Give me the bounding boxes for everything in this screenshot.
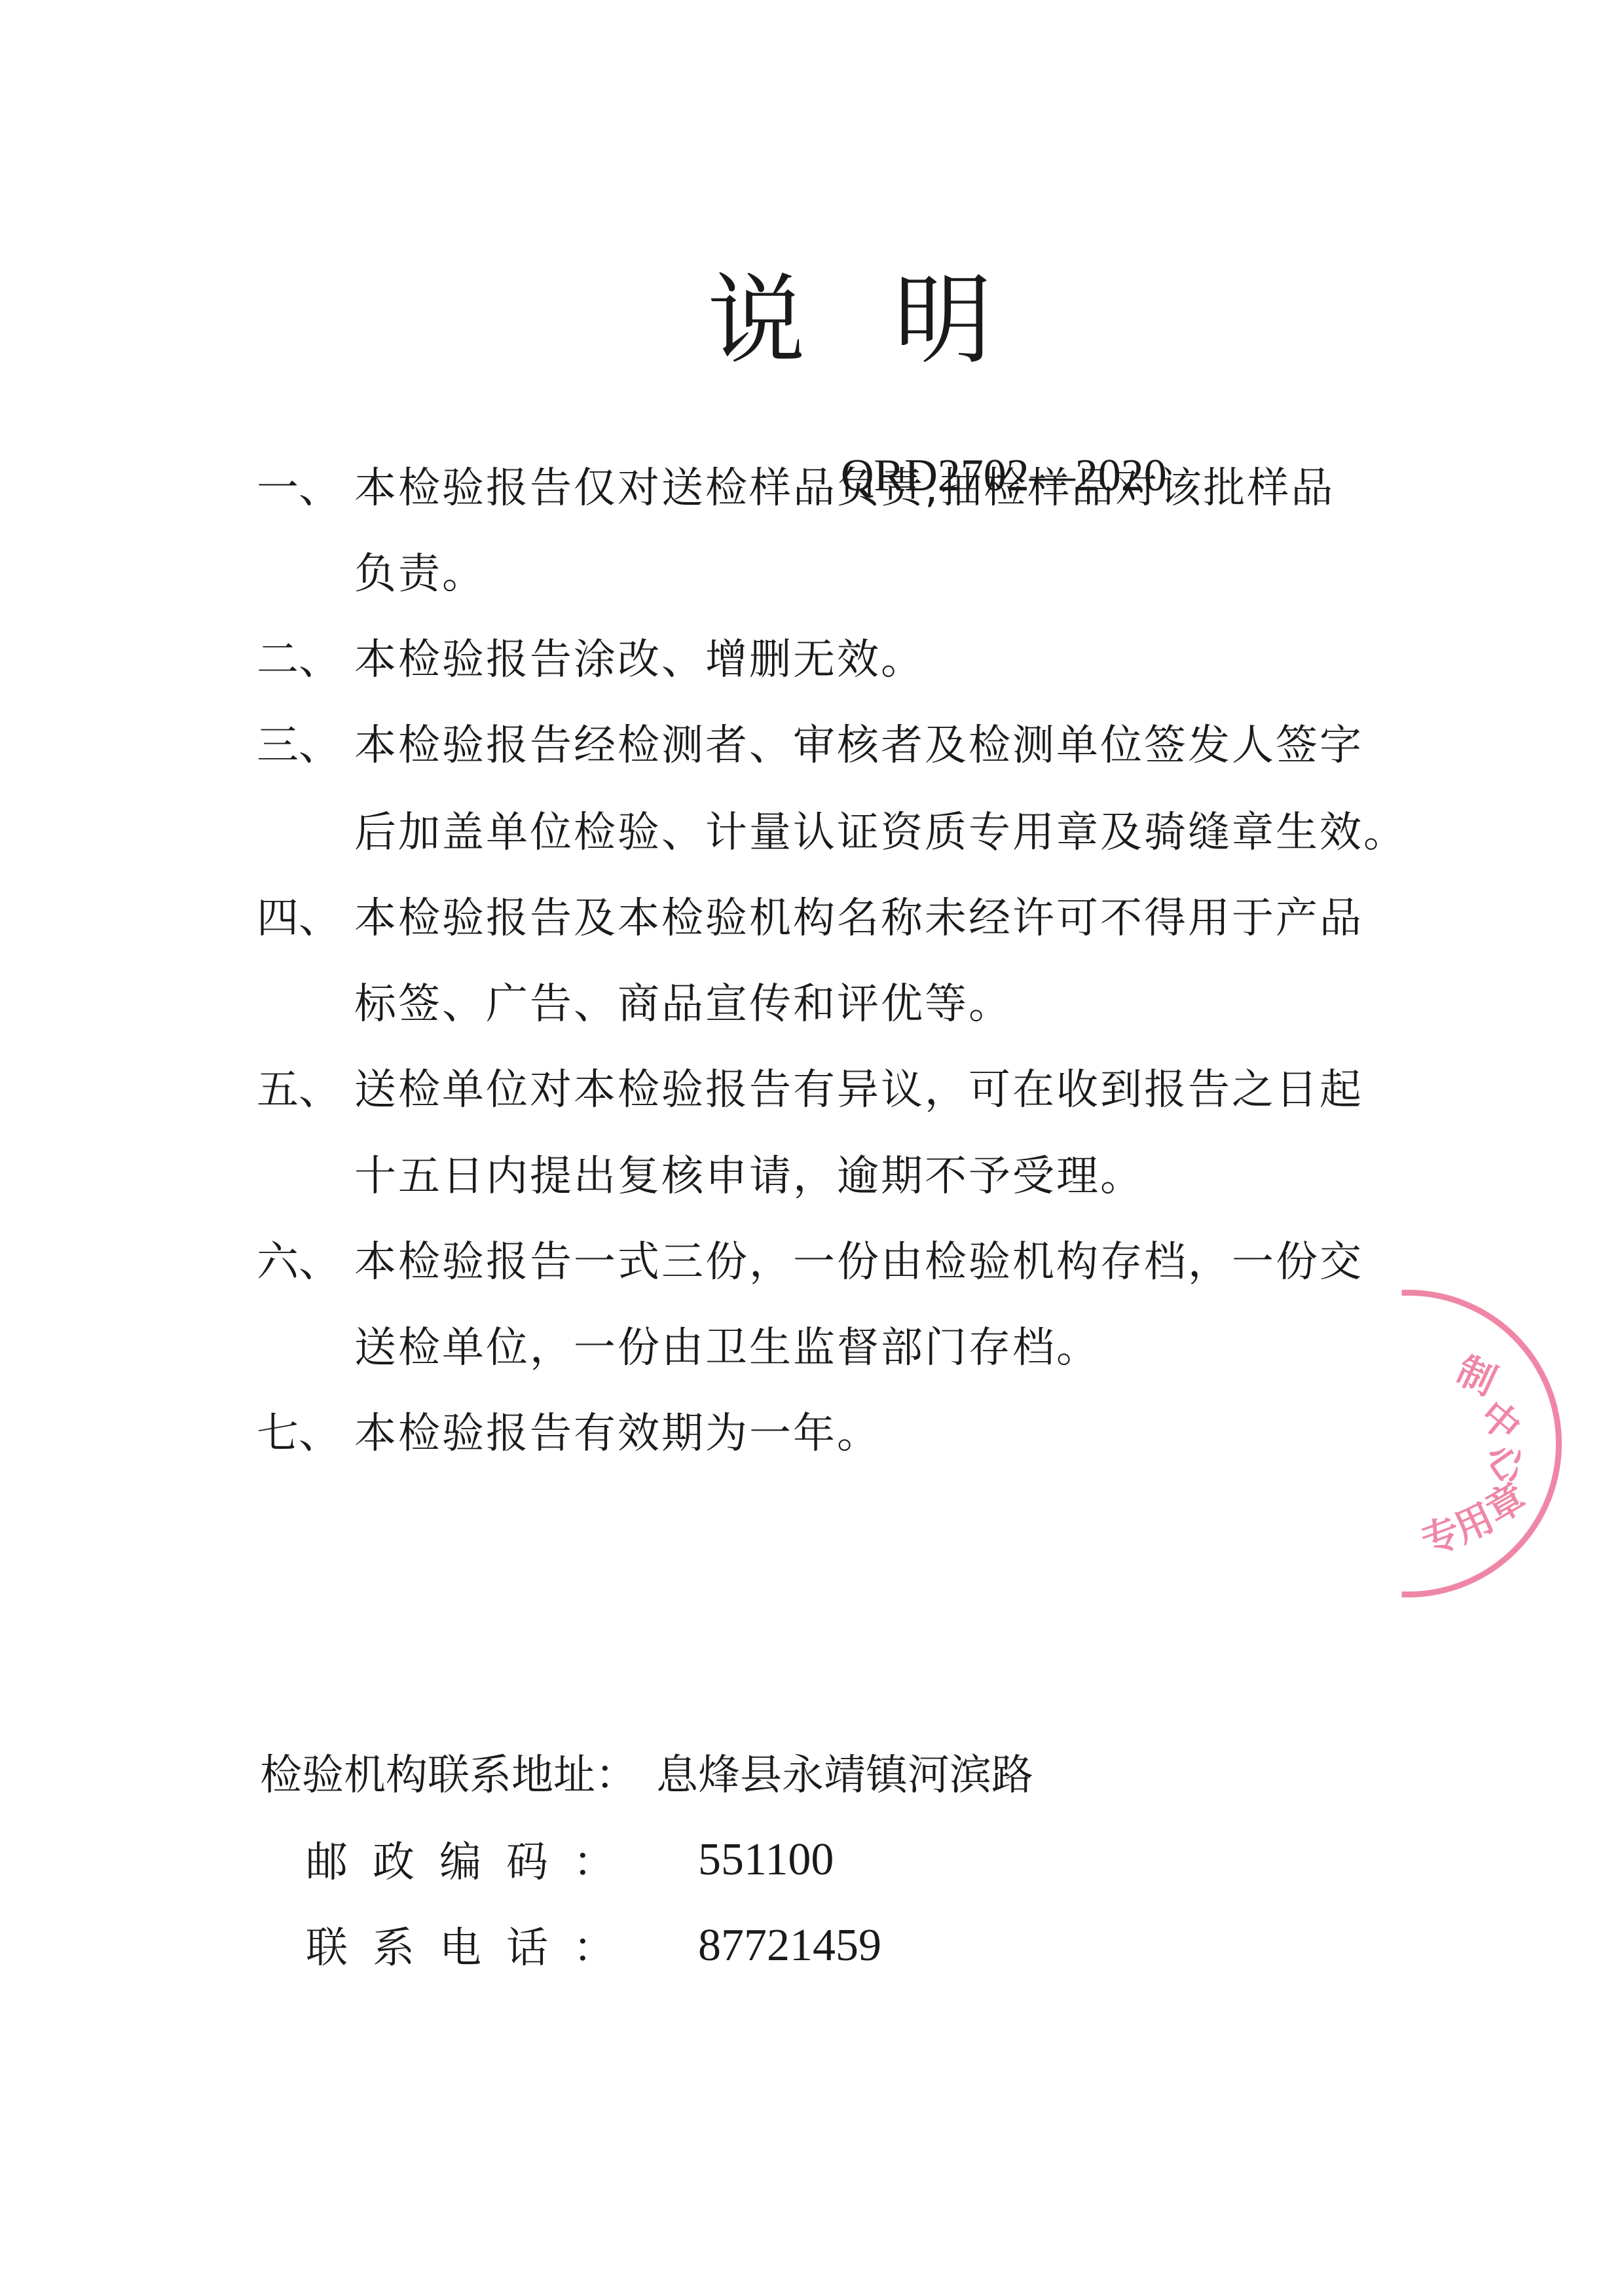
page-title: 说明 [707, 265, 992, 376]
item-text: 本检验报告涂改、增删无效。 [354, 634, 925, 686]
address-label: 检验机构联系地址： [260, 1749, 637, 1802]
item-number: 七、 [257, 1408, 341, 1460]
title-char: 明 [894, 265, 992, 376]
item-text: 本检验报告及本检验机构名称未经许可不得用于产品 [354, 892, 1363, 945]
item-number: 二、 [257, 634, 341, 686]
item-text: 本检验报告有效期为一年。 [354, 1408, 881, 1460]
item-text: 十五日内提出复核申请，逾期不予受理。 [354, 1150, 1144, 1203]
phone-value: 87721459 [698, 1920, 881, 1972]
item-text: 送检单位，一份由卫生监督部门存档。 [354, 1322, 1100, 1374]
item-text: 本检验报告一式三份，一份由检验机构存档，一份交 [354, 1236, 1363, 1288]
phone-label: 联系电话： [306, 1922, 640, 1975]
title-char: 说 [707, 265, 805, 376]
postal-code-label: 邮政编码： [306, 1836, 640, 1889]
postal-code-value: 551100 [698, 1834, 834, 1886]
item-text: 负责。 [354, 548, 486, 600]
item-text: 本检验报告经检测者、审核者及检测单位签发人签字 [354, 720, 1363, 772]
item-number: 六、 [257, 1236, 341, 1288]
item-number: 一、 [257, 462, 341, 515]
item-text: 后加盖单位检验、计量认证资质专用章及骑缝章生效。 [354, 807, 1407, 859]
item-number: 四、 [257, 892, 341, 945]
item-text: 标签、广告、商品宣传和评优等。 [354, 978, 1012, 1030]
item-number: 五、 [257, 1064, 341, 1116]
address-value: 息烽县永靖镇河滨路 [656, 1749, 1033, 1802]
item-text: 送检单位对本检验报告有异议，可在收到报告之日起 [354, 1064, 1363, 1116]
item-text: 本检验报告仅对送检样品负责,抽检样品对该批样品 [354, 462, 1335, 515]
item-number: 三、 [257, 720, 341, 772]
